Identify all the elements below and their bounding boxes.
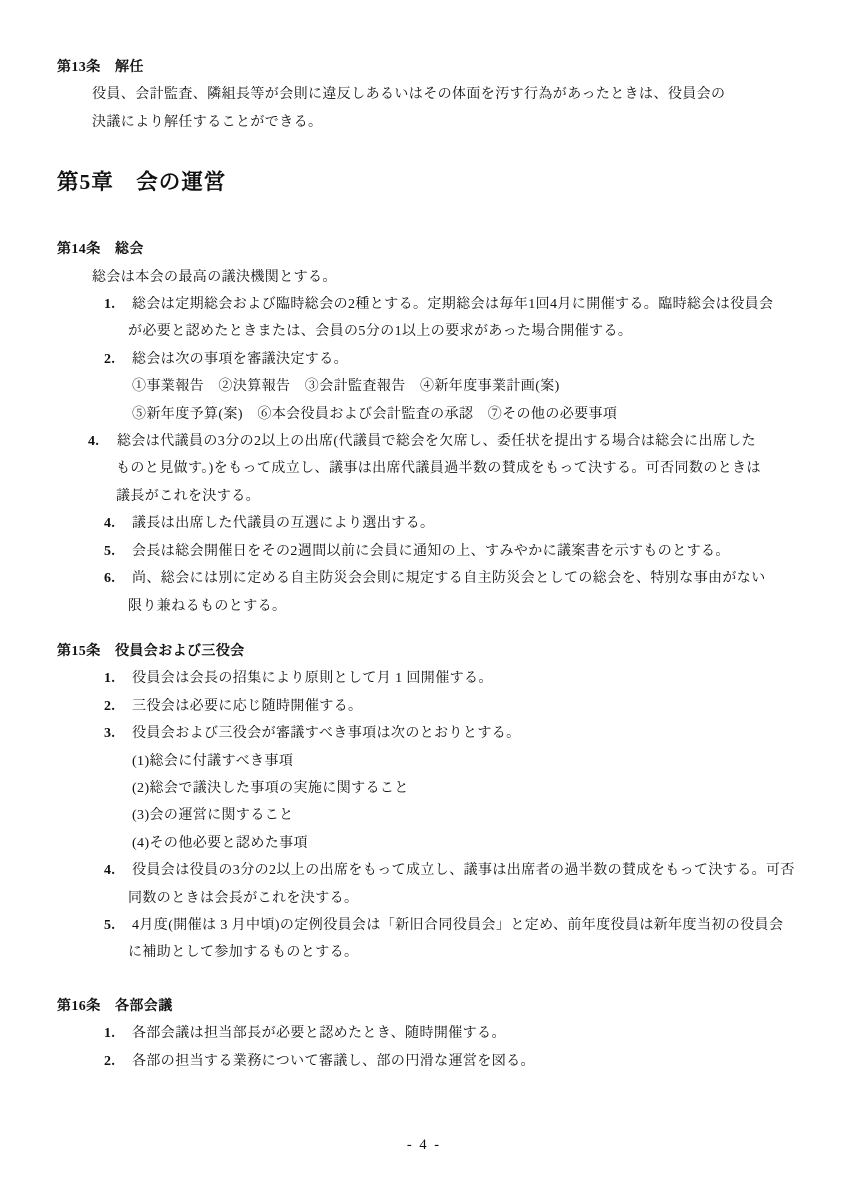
list-item: 1.各部会議は担当部長が必要と認めたとき、随時開催する。 (104, 1020, 848, 1047)
list-marker: 2. (104, 693, 132, 720)
list-marker: 4. (104, 510, 132, 537)
list-item-text: 三役会は必要に応じ随時開催する。 (132, 693, 362, 720)
list-marker: 3. (104, 720, 132, 747)
sub-item-line: (2)総会で議決した事項の実施に関すること (132, 775, 848, 802)
chapter5-heading: 第5章 会の運営 (57, 162, 848, 202)
list-marker: 1. (104, 665, 132, 692)
list-item-text: 総会は次の事項を審議決定する。 (132, 346, 348, 373)
article13-body-line: 決議により解任することができる。 (92, 109, 848, 136)
sub-item-line: ①事業報告 ②決算報告 ③会計監査報告 ④新年度事業計画(案) (132, 373, 848, 400)
list-item-text: 役員会は役員の3分の2以上の出席をもって成立し、議事は出席者の過半数の賛成をもっ… (132, 857, 795, 884)
continuation-line: に補助として参加するものとする。 (128, 939, 848, 966)
list-marker: 2. (104, 1048, 132, 1075)
list-marker: 4. (88, 428, 117, 455)
list-item-text: 各部会議は担当部長が必要と認めたとき、随時開催する。 (132, 1020, 506, 1047)
list-marker: 6. (104, 565, 132, 592)
continuation-line: 限り兼ねるものとする。 (128, 593, 848, 620)
article14-heading: 第14条 総会 (57, 236, 848, 263)
article15-heading: 第15条 役員会および三役会 (57, 638, 848, 665)
article14-intro: 総会は本会の最高の議決機関とする。 (92, 264, 848, 291)
page-number: - 4 - (0, 1137, 848, 1154)
continuation-line: 議長がこれを決する。 (116, 483, 848, 510)
list-item: 2.総会は次の事項を審議決定する。 (104, 346, 848, 373)
list-marker: 2. (104, 346, 132, 373)
continuation-line: が必要と認めたときまたは、会員の5分の1以上の要求があった場合開催する。 (128, 318, 848, 345)
list-item-text: 4月度(開催は 3 月中頃)の定例役員会は「新旧合同役員会」と定め、前年度役員は… (132, 912, 783, 939)
list-item: 4.総会は代議員の3分の2以上の出席(代議員で総会を欠席し、委任状を提出する場合… (88, 428, 848, 455)
sub-item-line: ⑤新年度予算(案) ⑥本会役員および会計監査の承認 ⑦その他の必要事項 (132, 401, 848, 428)
list-item-text: 議長は出席した代議員の互選により選出する。 (132, 510, 434, 537)
list-item: 5.4月度(開催は 3 月中頃)の定例役員会は「新旧合同役員会」と定め、前年度役… (104, 912, 848, 939)
list-marker: 5. (104, 538, 132, 565)
list-item: 2.各部の担当する業務について審議し、部の円滑な運営を図る。 (104, 1048, 848, 1075)
list-marker: 1. (104, 1020, 132, 1047)
list-item: 1.役員会は会長の招集により原則として月 1 回開催する。 (104, 665, 848, 692)
continuation-line: 同数のときは会長がこれを決する。 (128, 885, 848, 912)
list-item-text: 役員会は会長の招集により原則として月 1 回開催する。 (132, 665, 493, 692)
list-marker: 1. (104, 291, 132, 318)
list-item: 4.役員会は役員の3分の2以上の出席をもって成立し、議事は出席者の過半数の賛成を… (104, 857, 848, 884)
document-page: 第13条 解任 役員、会計監査、隣組長等が会則に違反しあるいはその体面を汚す行為… (0, 0, 848, 1200)
sub-item-line: (1)総会に付議すべき事項 (132, 748, 848, 775)
sub-item-line: (4)その他必要と認めた事項 (132, 830, 848, 857)
list-item: 2.三役会は必要に応じ随時開催する。 (104, 693, 848, 720)
list-item-text: 会長は総会開催日をその2週間以前に会員に通知の上、すみやかに議案書を示すものとす… (132, 538, 730, 565)
sub-item-line: (3)会の運営に関すること (132, 802, 848, 829)
list-item: 4.議長は出席した代議員の互選により選出する。 (104, 510, 848, 537)
article16-heading: 第16条 各部会議 (57, 993, 848, 1020)
list-item: 3.役員会および三役会が審議すべき事項は次のとおりとする。 (104, 720, 848, 747)
list-item-text: 総会は定期総会および臨時総会の2種とする。定期総会は毎年1回4月に開催する。臨時… (132, 291, 773, 318)
list-item: 5.会長は総会開催日をその2週間以前に会員に通知の上、すみやかに議案書を示すもの… (104, 538, 848, 565)
list-item-text: 役員会および三役会が審議すべき事項は次のとおりとする。 (132, 720, 521, 747)
list-item-text: 各部の担当する業務について審議し、部の円滑な運営を図る。 (132, 1048, 535, 1075)
list-item-text: 総会は代議員の3分の2以上の出席(代議員で総会を欠席し、委任状を提出する場合は総… (117, 428, 756, 455)
list-item: 1.総会は定期総会および臨時総会の2種とする。定期総会は毎年1回4月に開催する。… (104, 291, 848, 318)
list-marker: 4. (104, 857, 132, 884)
article13-body-line: 役員、会計監査、隣組長等が会則に違反しあるいはその体面を汚す行為があったときは、… (92, 81, 848, 108)
continuation-line: ものと見做す。)をもって成立し、議事は出席代議員過半数の賛成をもって決する。可否… (116, 455, 848, 482)
list-item-text: 尚、総会には別に定める自主防災会会則に規定する自主防災会としての総会を、特別な事… (132, 565, 766, 592)
article13-heading: 第13条 解任 (57, 54, 848, 81)
list-item: 6.尚、総会には別に定める自主防災会会則に規定する自主防災会としての総会を、特別… (104, 565, 848, 592)
list-marker: 5. (104, 912, 132, 939)
